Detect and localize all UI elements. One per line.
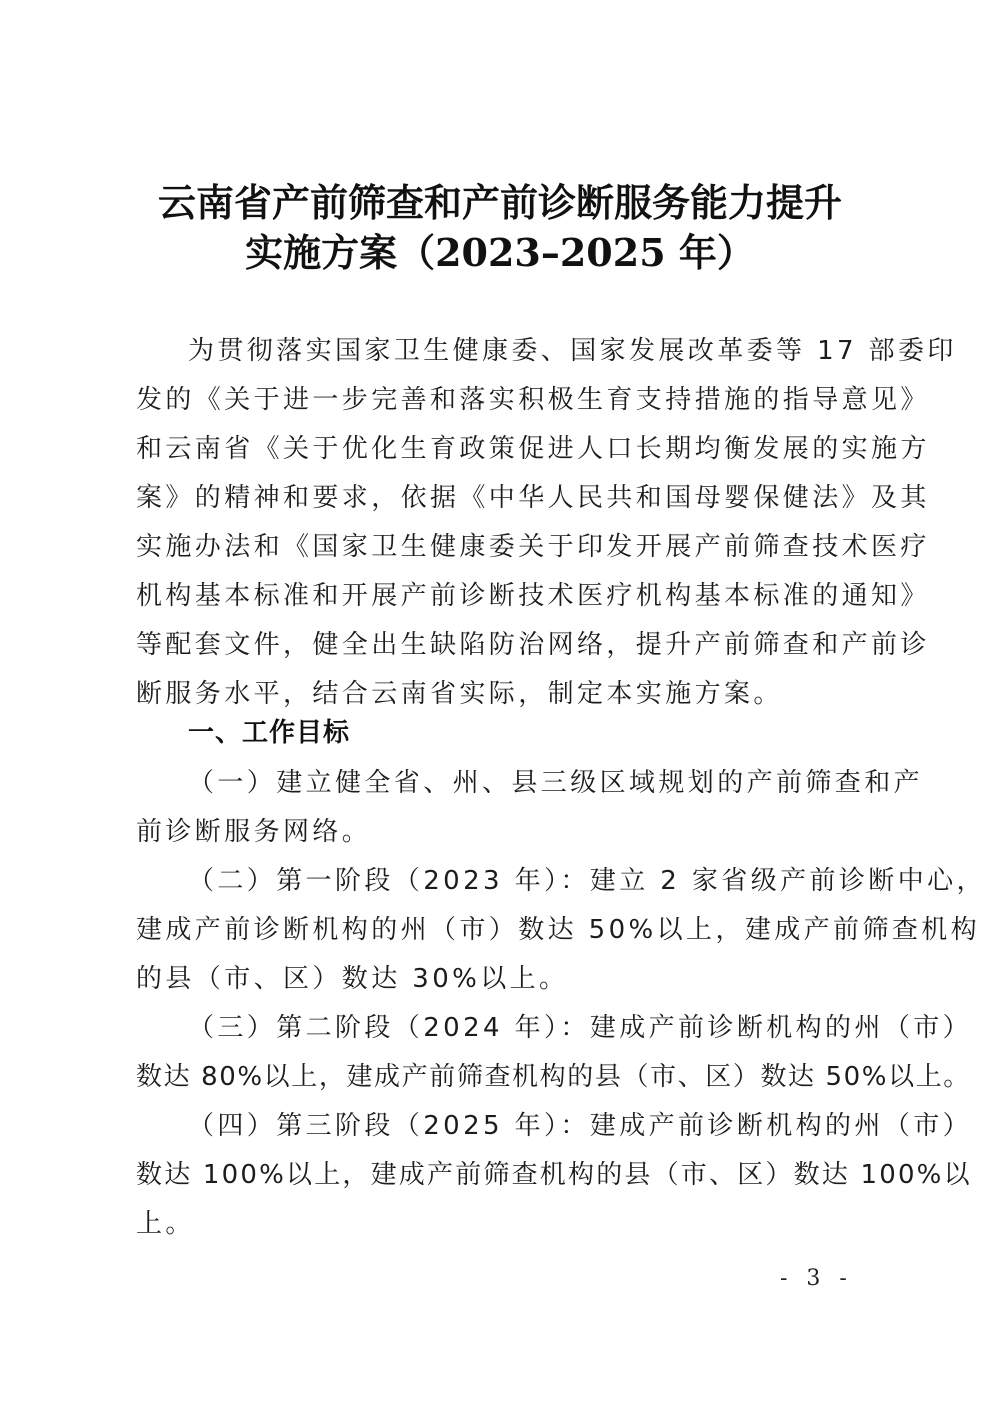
goal-item-1-line: （一）建立健全省、州、县三级区域规划的产前筛查和产 [188, 766, 868, 800]
document-title-line-2: 实施方案（2023–2025 年） [0, 230, 1000, 276]
intro-paragraph-line: 为贯彻落实国家卫生健康委、国家发展改革委等 17 部委印 [188, 334, 868, 368]
document-page: 云南省产前筛查和产前诊断服务能力提升 实施方案（2023–2025 年） 为贯彻… [0, 0, 1000, 1414]
intro-paragraph-line: 和云南省《关于优化生育政策促进人口长期均衡发展的实施方 [136, 432, 866, 466]
intro-paragraph-line: 机构基本标准和开展产前诊断技术医疗机构基本标准的通知》 [136, 579, 866, 613]
intro-paragraph-line: 等配套文件，健全出生缺陷防治网络，提升产前筛查和产前诊 [136, 628, 866, 662]
intro-paragraph-line: 案》的精神和要求，依据《中华人民共和国母婴保健法》及其 [136, 481, 866, 515]
goal-item-2-line: （二）第一阶段（2023 年）：建立 2 家省级产前诊断中心， [188, 864, 868, 898]
goal-item-3-line: 数达 80%以上，建成产前筛查机构的县（市、区）数达 50%以上。 [136, 1060, 866, 1094]
goal-item-4-line: 上。 [136, 1207, 866, 1241]
intro-paragraph-line: 断服务水平，结合云南省实际，制定本实施方案。 [136, 677, 866, 711]
intro-paragraph-line: 实施办法和《国家卫生健康委关于印发开展产前筛查技术医疗 [136, 530, 866, 564]
goal-item-2-line: 建成产前诊断机构的州（市）数达 50%以上，建成产前筛查机构 [136, 913, 866, 947]
goal-item-4-line: 数达 100%以上，建成产前筛查机构的县（市、区）数达 100%以 [136, 1158, 866, 1192]
goal-item-4-line: （四）第三阶段（2025 年）：建成产前诊断机构的州（市） [188, 1109, 868, 1143]
goal-item-3-line: （三）第二阶段（2024 年）：建成产前诊断机构的州（市） [188, 1011, 868, 1045]
section-heading-work-goals: 一、工作目标 [188, 716, 350, 750]
intro-paragraph-line: 发的《关于进一步完善和落实积极生育支持措施的指导意见》 [136, 383, 866, 417]
goal-item-2-line: 的县（市、区）数达 30%以上。 [136, 962, 866, 996]
goal-item-1-line: 前诊断服务网络。 [136, 815, 866, 849]
page-number: - 3 - [780, 1266, 853, 1291]
document-title-line-1: 云南省产前筛查和产前诊断服务能力提升 [0, 180, 1000, 226]
